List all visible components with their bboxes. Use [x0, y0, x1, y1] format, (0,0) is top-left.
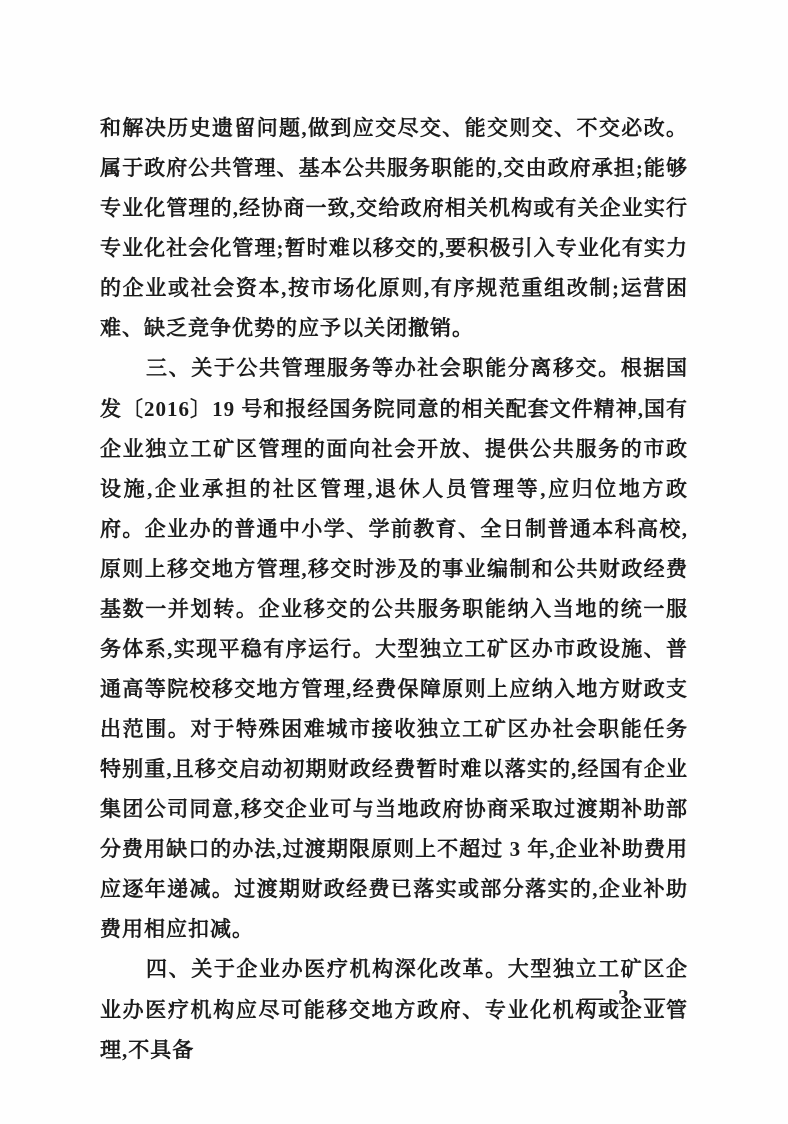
section-heading: 四、关于企业办医疗机构深化改革。	[146, 958, 508, 981]
body-text: 根据国发〔2016〕19 号和报经国务院同意的相关配套文件精神,国有企业独立工矿…	[100, 356, 688, 941]
paragraph: 和解决历史遗留问题,做到应交尽交、能交则交、不交必改。属于政府公共管理、基本公共…	[100, 108, 688, 348]
body-text: 和解决历史遗留问题,做到应交尽交、能交则交、不交必改。属于政府公共管理、基本公共…	[100, 116, 688, 340]
paragraph: 三、关于公共管理服务等办社会职能分离移交。根据国发〔2016〕19 号和报经国务…	[100, 348, 688, 949]
page-number: — 3 —	[582, 985, 670, 1010]
document-body: 和解决历史遗留问题,做到应交尽交、能交则交、不交必改。属于政府公共管理、基本公共…	[100, 108, 688, 1070]
section-heading: 三、关于公共管理服务等办社会职能分离移交。	[146, 357, 621, 380]
document-page: 和解决历史遗留问题,做到应交尽交、能交则交、不交必改。属于政府公共管理、基本公共…	[0, 0, 788, 1124]
